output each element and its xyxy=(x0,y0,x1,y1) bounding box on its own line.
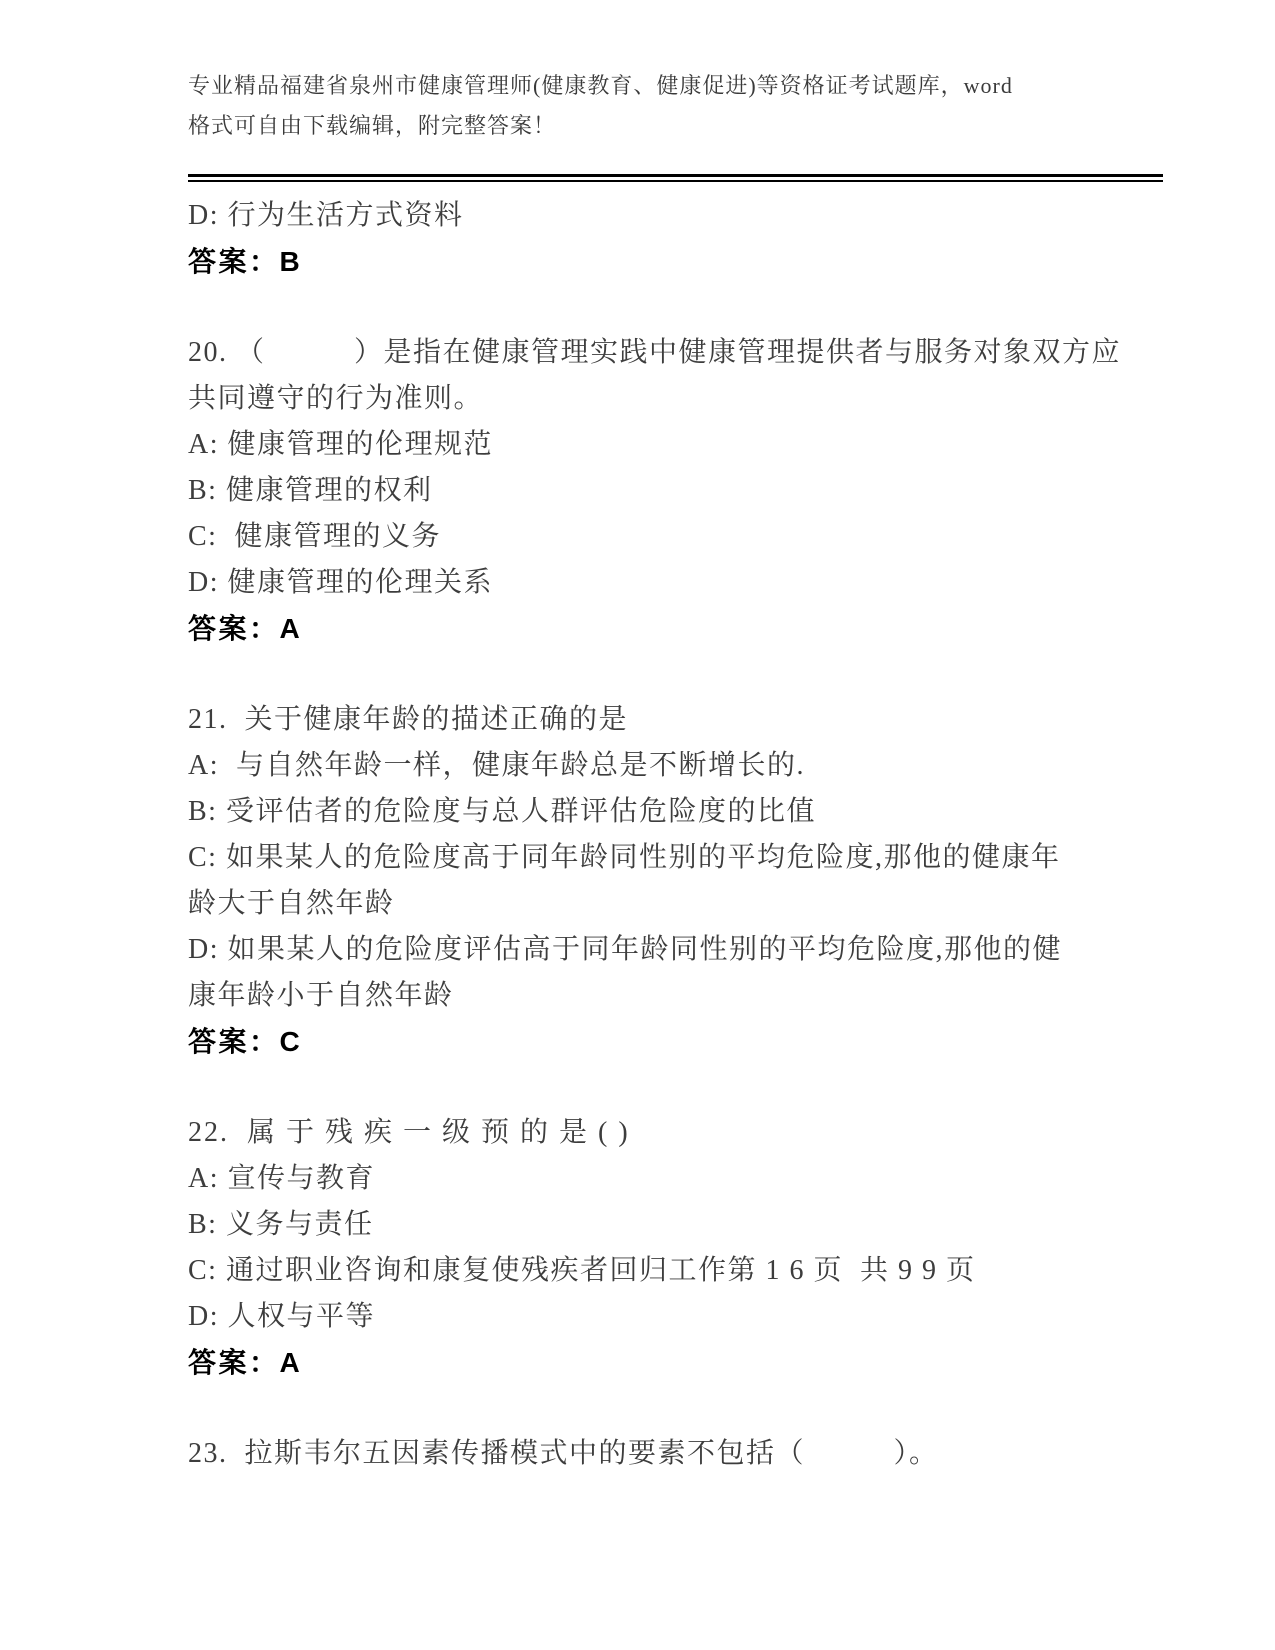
question-stem: 23. 拉斯韦尔五因素传播模式中的要素不包括（ ）。 xyxy=(188,1431,1163,1477)
question-option-d: D: 人权与平等 xyxy=(188,1294,1163,1340)
question-option-d: D: 健康管理的伦理关系 xyxy=(188,560,1163,606)
question-stem: 22. 属 于 残 疾 一 级 预 的 是 ( ) xyxy=(188,1110,1163,1156)
question-option-a: A: 宣传与教育 xyxy=(188,1156,1163,1202)
question-option-d-line-1: D: 如果某人的危险度评估高于同年龄同性别的平均危险度,那他的健 xyxy=(188,927,1163,973)
document-page: 专业精品福建省泉州市健康管理师(健康教育、健康促进)等资格证考试题库，word … xyxy=(0,0,1275,1650)
question-option-d-line-2: 康年龄小于自然年龄 xyxy=(188,973,1163,1019)
answer-line: 答案：A xyxy=(188,606,1163,652)
question-option-c: C: 健康管理的义务 xyxy=(188,514,1163,560)
question-19-partial: D: 行为生活方式资料 答案：B xyxy=(188,193,1163,285)
header-text-line-1: 专业精品福建省泉州市健康管理师(健康教育、健康促进)等资格证考试题库，word xyxy=(188,66,1163,106)
question-stem-line-1: 20. （ ）是指在健康管理实践中健康管理提供者与服务对象双方应 xyxy=(188,330,1163,376)
answer-line: 答案：B xyxy=(188,239,1163,285)
question-option-c-line-2: 龄大于自然年龄 xyxy=(188,881,1163,927)
question-20: 20. （ ）是指在健康管理实践中健康管理提供者与服务对象双方应 共同遵守的行为… xyxy=(188,330,1163,652)
question-22: 22. 属 于 残 疾 一 级 预 的 是 ( ) A: 宣传与教育 B: 义务… xyxy=(188,1110,1163,1386)
question-21: 21. 关于健康年龄的描述正确的是 A: 与自然年龄一样，健康年龄总是不断增长的… xyxy=(188,697,1163,1065)
question-option-a: A: 健康管理的伦理规范 xyxy=(188,422,1163,468)
page-content: 专业精品福建省泉州市健康管理师(健康教育、健康促进)等资格证考试题库，word … xyxy=(188,0,1163,1477)
document-body: D: 行为生活方式资料 答案：B 20. （ ）是指在健康管理实践中健康管理提供… xyxy=(188,193,1163,1477)
header-double-rule xyxy=(188,174,1163,182)
question-option-a: A: 与自然年龄一样，健康年龄总是不断增长的. xyxy=(188,743,1163,789)
question-stem-line-2: 共同遵守的行为准则。 xyxy=(188,376,1163,422)
question-option-c: C: 通过职业咨询和康复使残疾者回归工作第 1 6 页 共 9 9 页 xyxy=(188,1248,1163,1294)
header-text-line-2: 格式可自由下载编辑，附完整答案！ xyxy=(188,106,1163,146)
question-option-b: B: 健康管理的权利 xyxy=(188,468,1163,514)
question-option-d: D: 行为生活方式资料 xyxy=(188,193,1163,239)
question-23: 23. 拉斯韦尔五因素传播模式中的要素不包括（ ）。 xyxy=(188,1431,1163,1477)
answer-line: 答案：C xyxy=(188,1019,1163,1065)
question-stem: 21. 关于健康年龄的描述正确的是 xyxy=(188,697,1163,743)
question-option-c-line-1: C: 如果某人的危险度高于同年龄同性别的平均危险度,那他的健康年 xyxy=(188,835,1163,881)
answer-line: 答案：A xyxy=(188,1340,1163,1386)
question-option-b: B: 义务与责任 xyxy=(188,1202,1163,1248)
document-header: 专业精品福建省泉州市健康管理师(健康教育、健康促进)等资格证考试题库，word … xyxy=(188,66,1163,146)
question-option-b: B: 受评估者的危险度与总人群评估危险度的比值 xyxy=(188,789,1163,835)
